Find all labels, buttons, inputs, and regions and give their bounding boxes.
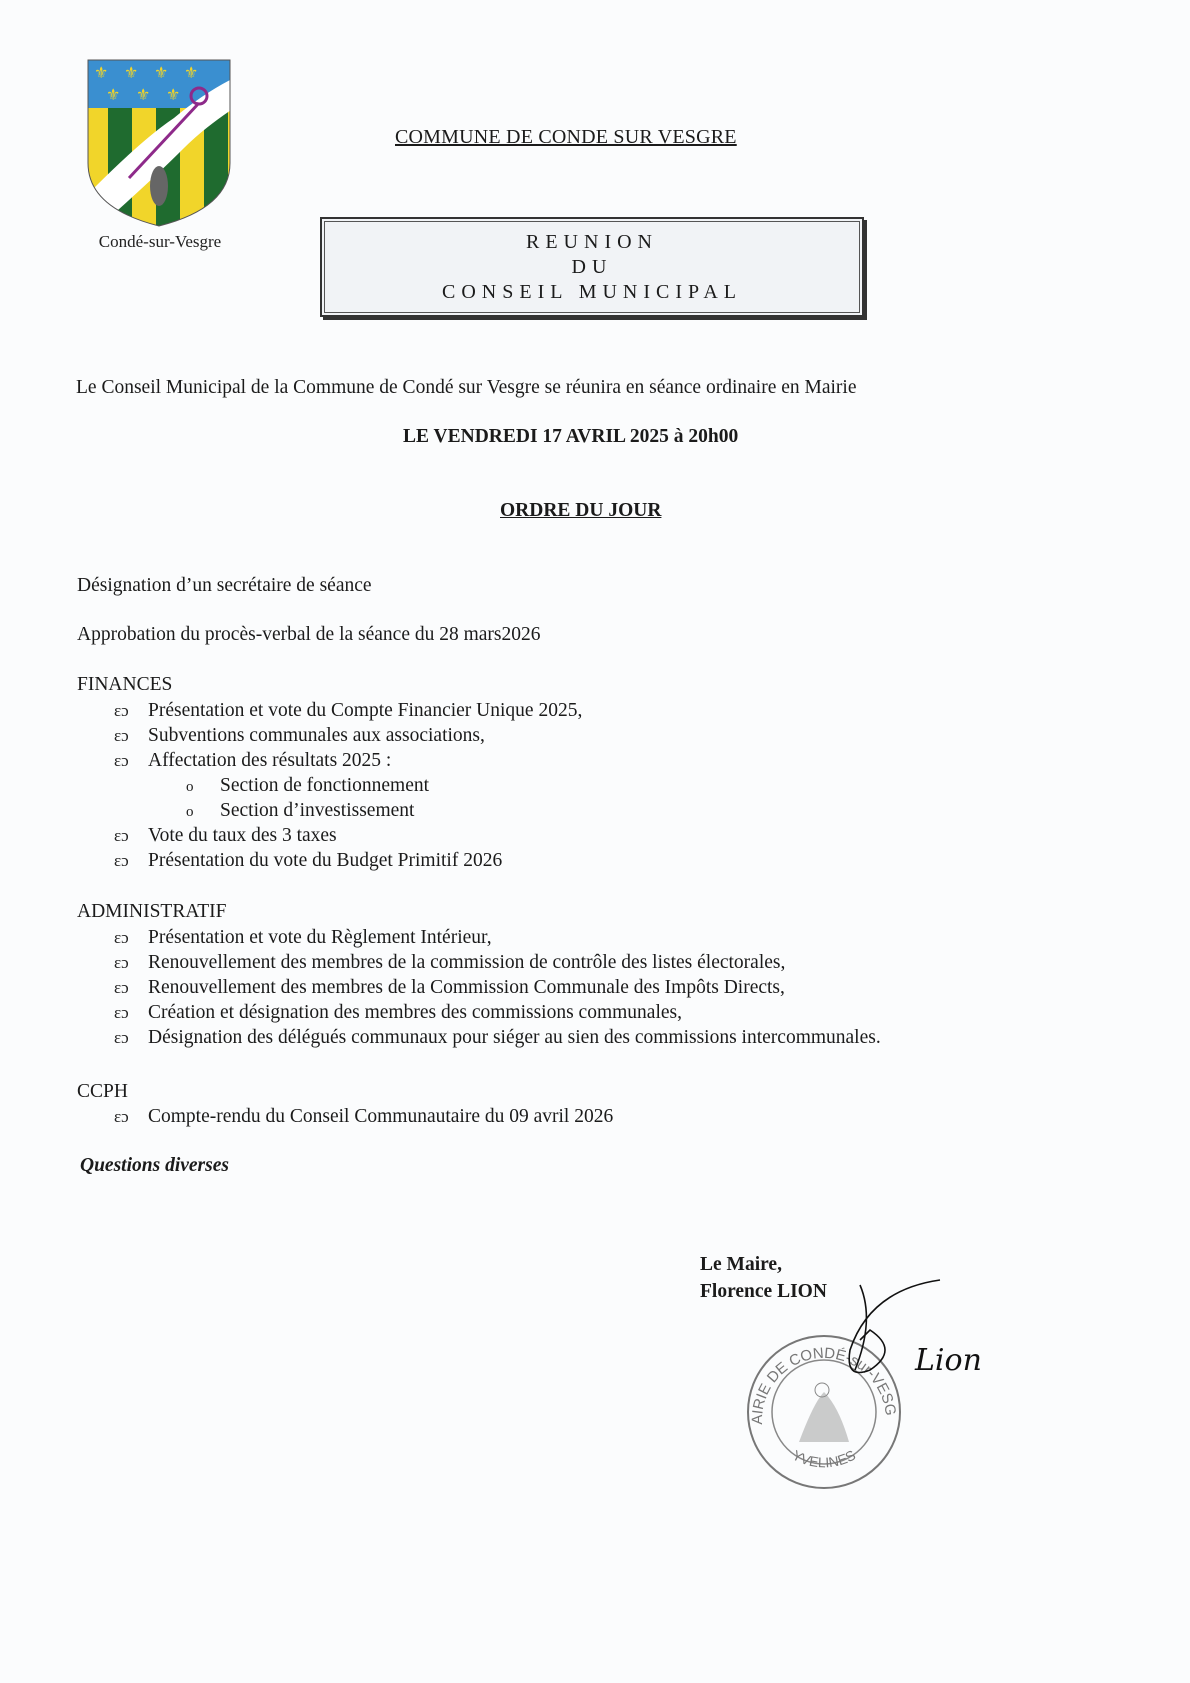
handwritten-signature-icon: Lion: [830, 1270, 1000, 1390]
svg-text:⚜: ⚜: [94, 65, 108, 82]
meeting-date: LE VENDREDI 17 AVRIL 2025 à 20h00: [403, 426, 738, 448]
svg-text:⚜: ⚜: [106, 87, 120, 104]
bullet-icon: ɛɔ: [114, 1107, 148, 1127]
bullet-icon: ɛɔ: [114, 826, 148, 846]
signature-block: Le Maire, Florence LION: [700, 1251, 827, 1305]
crest-caption: Condé-sur-Vesgre: [80, 232, 240, 252]
svg-text:Lion: Lion: [914, 1343, 982, 1378]
finances-list: ɛɔPrésentation et vote du Compte Financi…: [114, 700, 582, 875]
svg-text:⚜: ⚜: [154, 65, 168, 82]
section-finances-title: FINANCES: [77, 674, 172, 696]
meeting-title-box: REUNION DU CONSEIL MUNICIPAL: [320, 217, 864, 317]
bullet-icon: ɛɔ: [114, 978, 148, 998]
title-line: CONSEIL MUNICIPAL: [442, 280, 742, 305]
svg-text:⚜: ⚜: [124, 65, 138, 82]
intro-text: Le Conseil Municipal de la Commune de Co…: [76, 377, 856, 399]
questions-diverses: Questions diverses: [80, 1155, 229, 1177]
list-item: ɛɔCréation et désignation des membres de…: [114, 1002, 881, 1027]
mayor-role: Le Maire,: [700, 1251, 827, 1278]
bullet-icon: ɛɔ: [114, 751, 148, 771]
section-administratif-title: ADMINISTRATIF: [77, 901, 227, 923]
section-ccph-title: CCPH: [77, 1081, 128, 1103]
list-item: ɛɔCompte-rendu du Conseil Communautaire …: [114, 1106, 613, 1131]
list-item: ɛɔAffectation des résultats 2025 :: [114, 750, 582, 775]
bullet-icon: ɛɔ: [114, 928, 148, 948]
bullet-icon: ɛɔ: [114, 1003, 148, 1023]
list-item: ɛɔSubventions communales aux association…: [114, 725, 582, 750]
svg-text:YVELINES: YVELINES: [790, 1447, 858, 1471]
ccph-list: ɛɔCompte-rendu du Conseil Communautaire …: [114, 1106, 613, 1131]
bullet-icon: ɛɔ: [114, 726, 148, 746]
circle-bullet-icon: o: [186, 779, 220, 796]
agenda-title: ORDRE DU JOUR: [500, 500, 661, 522]
list-item: ɛɔRenouvellement des membres de la Commi…: [114, 977, 881, 1002]
list-item: ɛɔRenouvellement des membres de la commi…: [114, 952, 881, 977]
svg-text:⚜: ⚜: [136, 87, 150, 104]
list-item: ɛɔVote du taux des 3 taxes: [114, 825, 582, 850]
commune-title: COMMUNE DE CONDE SUR VESGRE: [395, 126, 737, 149]
sub-list-item: oSection de fonctionnement: [114, 775, 582, 800]
bullet-icon: ɛɔ: [114, 851, 148, 871]
mayor-name: Florence LION: [700, 1278, 827, 1305]
sub-list-item: oSection d’investissement: [114, 800, 582, 825]
svg-text:⚜: ⚜: [184, 65, 198, 82]
list-item: ɛɔDésignation des délégués communaux pou…: [114, 1027, 881, 1052]
svg-text:⚜: ⚜: [166, 87, 180, 104]
list-item: ɛɔPrésentation et vote du Compte Financi…: [114, 700, 582, 725]
agenda-line-designation: Désignation d’un secrétaire de séance: [77, 575, 372, 597]
coat-of-arms-icon: ⚜⚜ ⚜⚜ ⚜⚜ ⚜: [84, 58, 234, 228]
circle-bullet-icon: o: [186, 804, 220, 821]
title-line: REUNION: [526, 230, 658, 255]
administratif-list: ɛɔPrésentation et vote du Règlement Inté…: [114, 927, 881, 1052]
list-item: ɛɔPrésentation et vote du Règlement Inté…: [114, 927, 881, 952]
title-line: DU: [572, 255, 613, 280]
bullet-icon: ɛɔ: [114, 1028, 148, 1048]
agenda-line-approbation: Approbation du procès-verbal de la séanc…: [77, 624, 541, 646]
list-item: ɛɔPrésentation du vote du Budget Primiti…: [114, 850, 582, 875]
bullet-icon: ɛɔ: [114, 701, 148, 721]
bullet-icon: ɛɔ: [114, 953, 148, 973]
